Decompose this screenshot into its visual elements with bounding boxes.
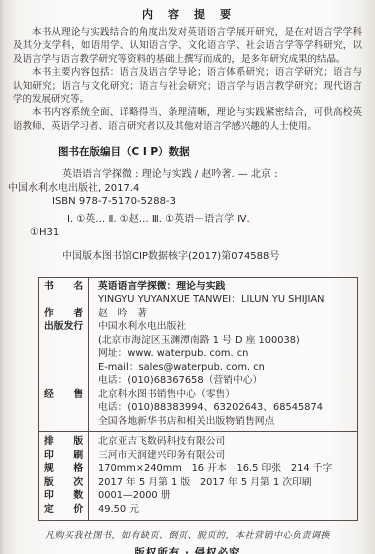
cip-classification-line1: Ⅰ. ①英… Ⅱ. ①赵… Ⅲ. ①英语－语言学 Ⅳ. <box>67 213 375 227</box>
colophon-section-publishing: 书 名 英语语言学探微：理论与实践 YINGYU YUYANXUE TANWEI… <box>39 278 357 432</box>
publisher-address: (北京市海淀区玉渊潭南路 1 号 D 座 100038) <box>98 334 300 348</box>
publisher-name: 中国水利水电出版社 <box>98 320 300 334</box>
publisher-phone: 电话：(010)68367658（营销中心） <box>98 374 300 388</box>
print-run: 0001—2000 册 <box>98 489 171 503</box>
table-row-author: 作 者 赵 吟 著 <box>39 307 357 321</box>
table-row-book-title: 书 名 英语语言学探微：理论与实践 YINGYU YUYANXUE TANWEI… <box>39 280 357 307</box>
row-label: 规 格 <box>39 462 89 476</box>
cip-record-number: 中国版本图书馆CIP数据核字(2017)第074588号 <box>62 247 375 262</box>
publisher-website: 网址：www. waterpub. com. cn <box>98 347 300 361</box>
row-label: 印 数 <box>39 489 89 503</box>
cip-classification-line2: ①H31 <box>30 226 375 240</box>
typesetting-company: 北京亚吉飞数码科技有限公司 <box>98 435 225 449</box>
colophon-section-printing: 排 版 北京亚吉飞数码科技有限公司 印 刷 三河市天润建兴印务有限公司 规 格 … <box>39 431 357 520</box>
book-title: 英语语言学探微：理论与实践 <box>98 280 324 294</box>
retail-network: 全国各地新华书店和相关出版物销售网点 <box>98 415 323 429</box>
row-label: 排 版 <box>39 435 89 449</box>
row-label: 印 刷 <box>39 449 89 463</box>
table-row-edition: 版 次 2017 年 5 月第 1 版 2017 年 5 月第 1 次印刷 <box>39 476 357 490</box>
replacement-notice: 凡购买我社图书，如有缺页、倒页、脱页的，本社营销中心负责调换 <box>0 528 375 541</box>
content-summary-heading: 内 容 提 要 <box>0 0 375 22</box>
book-title-pinyin: YINGYU YUYANXUE TANWEI：LILUN YU SHIJIAN <box>98 293 324 307</box>
scanned-copyright-page: { "summary": { "title": "内 容 提 要", "para… <box>0 0 375 554</box>
row-label: 经 售 <box>39 388 89 429</box>
row-label: 作 者 <box>39 307 89 321</box>
cip-record-block: 英语语言学探微 : 理论与实践 / 赵吟著. — 北京 : 中国水利水电出版社,… <box>0 168 375 209</box>
row-label: 书 名 <box>39 280 89 307</box>
summary-paragraph-1: 本书从理论与实践结合的角度出发对英语语言学展开研究，是在对语言学学科及其分支学科… <box>13 26 362 66</box>
content-summary-section: 本书从理论与实践结合的角度出发对英语语言学展开研究，是在对语言学学科及其分支学科… <box>13 26 362 133</box>
retail-phone: 电话：(010)88383994、63202643、68545874 <box>98 401 323 415</box>
retail-center: 北京科水图书销售中心（零售） <box>98 388 323 402</box>
table-row-publisher: 出版发行 中国水利水电出版社 (北京市海淀区玉渊潭南路 1 号 D 座 1000… <box>39 320 357 388</box>
table-row-printing: 印 刷 三河市天润建兴印务有限公司 <box>39 449 357 463</box>
cip-isbn: ISBN 978-7-5170-5288-3 <box>52 195 375 209</box>
printing-company: 三河市天润建兴印务有限公司 <box>98 449 225 463</box>
table-row-typesetting: 排 版 北京亚吉飞数码科技有限公司 <box>39 435 357 449</box>
format-spec: 170mm×240mm 16 开本 16.5 印张 214 千字 <box>98 462 332 476</box>
summary-paragraph-3: 本书内容系统全面、详略得当、条理清晰，理论与实践紧密结合，可供高校英语教师、英语… <box>13 106 362 133</box>
author-name: 赵 吟 著 <box>98 307 147 321</box>
row-label: 出版发行 <box>39 320 89 388</box>
edition-info: 2017 年 5 月第 1 版 2017 年 5 月第 1 次印刷 <box>98 476 312 490</box>
row-label: 定 价 <box>39 503 89 517</box>
cip-heading: 图书在版编目（C I P）数据 <box>58 144 375 159</box>
row-label: 版 次 <box>39 476 89 490</box>
cip-publisher-line: 中国水利水电出版社, 2017.4 <box>8 182 375 196</box>
publisher-email: E-mail：sales@waterpub. com. cn <box>98 361 300 375</box>
summary-paragraph-2: 本书主要内容包括：语言及语言学导论；语言体系研究；语言学研究；语言与认知研究；语… <box>13 66 362 106</box>
colophon-table: 书 名 英语语言学探微：理论与实践 YINGYU YUYANXUE TANWEI… <box>38 277 358 522</box>
copyright-notice: 版权所有 · 侵权必究 <box>0 545 375 554</box>
cip-title-line: 英语语言学探微 : 理论与实践 / 赵吟著. — 北京 : <box>62 168 375 182</box>
cip-classification: Ⅰ. ①英… Ⅱ. ①赵… Ⅲ. ①英语－语言学 Ⅳ. ①H31 <box>0 213 375 240</box>
table-row-distribution: 经 售 北京科水图书销售中心（零售） 电话：(010)88383994、6320… <box>39 388 357 429</box>
table-row-print-run: 印 数 0001—2000 册 <box>39 489 357 503</box>
table-row-price: 定 价 49.50 元 <box>39 503 357 517</box>
price: 49.50 元 <box>98 503 139 517</box>
table-row-format: 规 格 170mm×240mm 16 开本 16.5 印张 214 千字 <box>39 462 357 476</box>
book-copyright-page: 内 容 提 要 本书从理论与实践结合的角度出发对英语语言学展开研究，是在对语言学… <box>0 0 375 554</box>
